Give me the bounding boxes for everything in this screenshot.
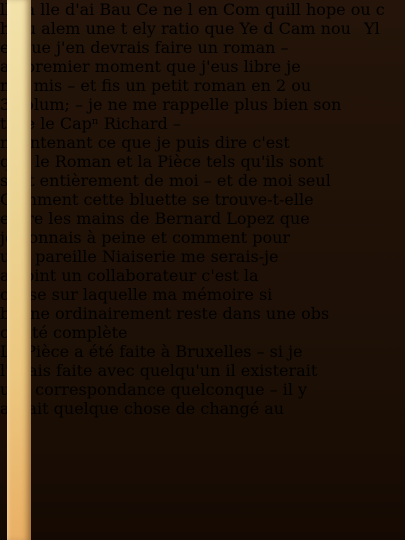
facing-page-fragment: une t xyxy=(86,19,128,38)
facing-page-fragment: hope xyxy=(306,0,346,19)
manuscript-page: et que j'en devrais faire un roman – au … xyxy=(0,38,405,418)
manuscript-line: titre le Capⁿ Richard – xyxy=(0,114,405,133)
manuscript-line: adjoint un collaborateur c'est la xyxy=(0,266,405,285)
manuscript-line: bonne ordinairement reste dans une obs xyxy=(0,304,405,323)
facing-page xyxy=(348,0,405,536)
facing-page-fragment: Ce xyxy=(136,0,158,19)
manuscript-line: curité complète xyxy=(0,323,405,342)
manuscript-line: l'avais faite avec quelqu'un il existera… xyxy=(0,361,405,380)
manuscript-line: et que j'en devrais faire un roman – xyxy=(0,38,405,57)
manuscript-line: une pareille Niaiserie me serais-je xyxy=(0,247,405,266)
facing-page-fragment: d'ai xyxy=(65,0,94,19)
manuscript-line: sont entièrement de moi – et de moi seul xyxy=(0,171,405,190)
facing-page-fragment: Com xyxy=(223,0,260,19)
facing-page-fragment: Ye d xyxy=(240,19,274,38)
facing-page-fragment: ratio xyxy=(161,19,199,38)
underlined-phrase: de moi – et de moi seul xyxy=(144,171,331,190)
facing-page-fragment: alem xyxy=(41,19,80,38)
facing-page-fragment: Cam xyxy=(279,19,316,38)
manuscript-line: La Pièce a été faite à Bruxelles – si je xyxy=(0,342,405,361)
manuscript-line: entre les mains de Bernard Lopez que xyxy=(0,209,405,228)
facing-page-fragment: que xyxy=(204,19,234,38)
manuscript-line: que le Roman et la Pièce tels qu'ils son… xyxy=(0,152,405,171)
manuscript-text: et que j'en devrais faire un roman – au … xyxy=(0,38,405,418)
manuscript-line: une correspondance quelconque – il y xyxy=(0,380,405,399)
manuscript-line: aurait quelque chose de changé au xyxy=(0,399,405,418)
line-text: – xyxy=(168,114,181,133)
manuscript-line: 3 volum; – je ne me rappelle plus bien s… xyxy=(0,95,405,114)
facing-page-fragment: quill xyxy=(265,0,301,19)
underlined-phrase: le Capⁿ Richard xyxy=(40,114,168,133)
manuscript-photograph: ll da lle d'ai Bau Ce ne l en Com quill … xyxy=(0,0,405,540)
facing-page-fragment: en xyxy=(198,0,218,19)
manuscript-line: chose sur laquelle ma mémoire si xyxy=(0,285,405,304)
manuscript-line: Comment cette bluette se trouve-t-elle xyxy=(0,190,405,209)
facing-page-fragment: nou xyxy=(321,19,351,38)
facing-page-fragment: ely xyxy=(132,19,156,38)
manuscript-line: m'y mis – et fis un petit roman en 2 ou xyxy=(0,76,405,95)
manuscript-line: je connais à peine et comment pour xyxy=(0,228,405,247)
facing-page-text: ll da lle d'ai Bau Ce ne l en Com quill … xyxy=(0,0,405,38)
facing-page-fragment: ne l xyxy=(163,0,193,19)
manuscript-line: maintenant ce que je puis dire c'est xyxy=(0,133,405,152)
facing-page-fragment: lle xyxy=(40,0,60,19)
manuscript-line: au premier moment que j'eus libre je xyxy=(0,57,405,76)
book-fore-edge xyxy=(7,0,31,540)
facing-page-fragment: Bau xyxy=(99,0,131,19)
